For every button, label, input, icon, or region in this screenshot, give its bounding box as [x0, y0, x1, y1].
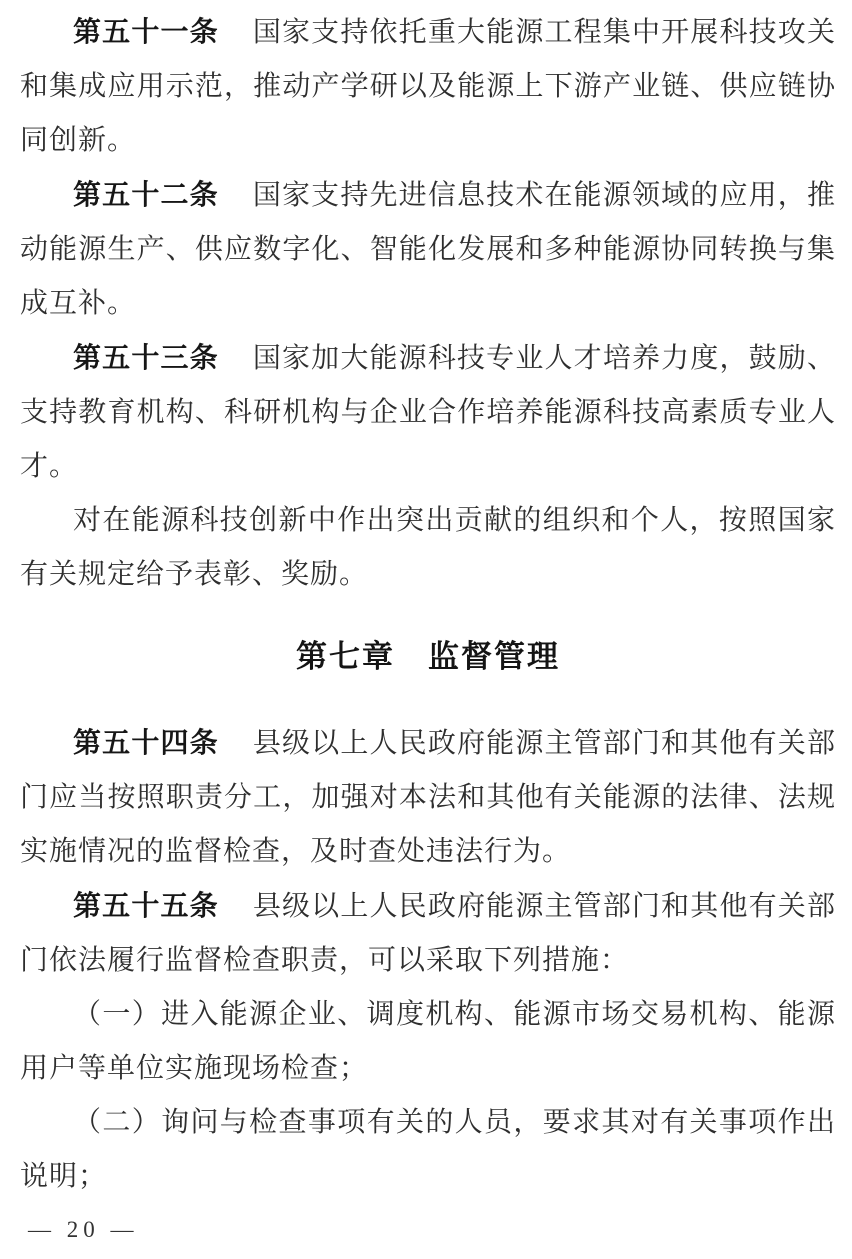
article-52-paragraph: 第五十二条国家支持先进信息技术在能源领域的应用，推动能源生产、供应数字化、智能化…: [20, 168, 836, 331]
article-55-paragraph: 第五十五条县级以上人民政府能源主管部门和其他有关部门依法履行监督检查职责，可以采…: [20, 879, 836, 988]
document-page: 第五十一条国家支持依托重大能源工程集中开展科技攻关和集成应用示范，推动产学研以及…: [0, 0, 852, 1259]
article-52-number: 第五十二条: [73, 179, 219, 210]
article-53-number: 第五十三条: [73, 342, 219, 373]
item-2-text: （二）询问与检查事项有关的人员，要求其对有关事项作出说明；: [20, 1107, 836, 1192]
article-51-paragraph: 第五十一条国家支持依托重大能源工程集中开展科技攻关和集成应用示范，推动产学研以及…: [20, 5, 836, 168]
item-1-text: （一）进入能源企业、调度机构、能源市场交易机构、能源用户等单位实施现场检查；: [20, 999, 836, 1084]
commendation-paragraph: 对在能源科技创新中作出突出贡献的组织和个人，按照国家有关规定给予表彰、奖励。: [20, 494, 836, 602]
item-1-paragraph: （一）进入能源企业、调度机构、能源市场交易机构、能源用户等单位实施现场检查；: [20, 988, 836, 1096]
article-54-paragraph: 第五十四条县级以上人民政府能源主管部门和其他有关部门应当按照职责分工，加强对本法…: [20, 716, 836, 879]
item-2-paragraph: （二）询问与检查事项有关的人员，要求其对有关事项作出说明；: [20, 1096, 836, 1204]
article-53-paragraph: 第五十三条国家加大能源科技专业人才培养力度，鼓励、支持教育机构、科研机构与企业合…: [20, 331, 836, 494]
article-55-number: 第五十五条: [73, 890, 219, 921]
page-number: — 20 —: [20, 1204, 836, 1256]
article-54-number: 第五十四条: [73, 727, 219, 758]
chapter-heading: 第七章 监督管理: [20, 630, 836, 684]
commendation-text: 对在能源科技创新中作出突出贡献的组织和个人，按照国家有关规定给予表彰、奖励。: [20, 505, 836, 590]
article-51-number: 第五十一条: [73, 16, 219, 47]
